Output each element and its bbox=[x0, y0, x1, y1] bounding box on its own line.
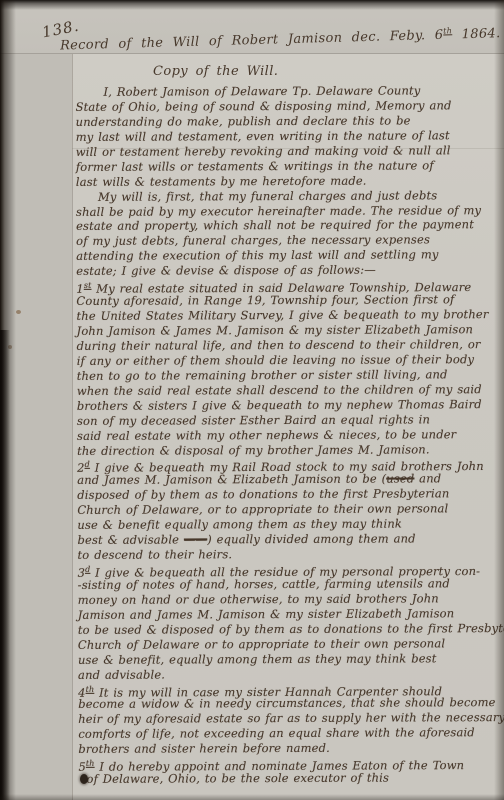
will-text-line: use & benefit, equally among them as the… bbox=[78, 651, 499, 668]
will-text-line: if any or either of them should die leav… bbox=[77, 352, 498, 369]
will-text-line: money on hand or due otherwise, to my sa… bbox=[78, 591, 499, 608]
copy-of-will-title: Copy of the Will. bbox=[153, 64, 278, 79]
will-text-line: John Jamison & James M. Jamison & my sis… bbox=[77, 322, 498, 339]
will-text-line: Church of Delaware, or to appropriate to… bbox=[77, 501, 498, 518]
will-text-line: Jamison and James M. Jamison & my sister… bbox=[78, 606, 499, 623]
will-text-line: during their natural life, and then to d… bbox=[77, 337, 498, 354]
will-text-line: attending the execution of this my last … bbox=[76, 247, 497, 264]
will-text-line: -sisting of notes of hand, horses, cattl… bbox=[78, 576, 499, 593]
will-text-line: estate and property, which shall not be … bbox=[76, 218, 497, 235]
will-text-line: 3d I give & bequeath all the residue of … bbox=[78, 561, 499, 578]
horizontal-crease bbox=[0, 53, 504, 54]
will-text-line: of Delaware, Ohio, to be the sole execut… bbox=[78, 770, 499, 787]
will-text-line: former last wills or testaments & writin… bbox=[76, 158, 497, 175]
document-page: 138. Record of the Will of Robert Jamiso… bbox=[0, 0, 504, 800]
will-text-line: Church of Delaware or to appropriate to … bbox=[78, 636, 499, 653]
will-text-line: my last will and testament, even writing… bbox=[76, 128, 497, 145]
ink-blot bbox=[80, 774, 88, 784]
photo-edge-bottom bbox=[0, 794, 504, 800]
will-text-line: State of Ohio, being of sound & disposin… bbox=[76, 98, 497, 115]
binding-shadow bbox=[0, 330, 10, 800]
will-text-line: My will is, first, that my funeral charg… bbox=[76, 188, 497, 205]
will-text-line: when the said real estate shall descend … bbox=[77, 382, 498, 399]
paper-speck bbox=[16, 310, 21, 314]
photo-edge-top bbox=[0, 0, 504, 10]
will-text-line: 5th I do hereby appoint and nominate Jam… bbox=[78, 755, 499, 772]
will-text-line: brothers & sisters I give & bequeath to … bbox=[77, 397, 498, 414]
paper-speck bbox=[338, 196, 341, 199]
will-text-line: then to go to the remaining brother or s… bbox=[77, 367, 498, 384]
photo-edge-right bbox=[494, 0, 504, 800]
will-text-line: comforts of life, not exceeding an equal… bbox=[78, 725, 499, 742]
will-text-line: will or testament hereby revoking and ma… bbox=[76, 143, 497, 160]
will-text-line: said real estate with my other nephews &… bbox=[77, 427, 498, 444]
will-body: I, Robert Jamison of Delaware Tp. Delawa… bbox=[75, 83, 499, 787]
will-text-line: to be used & disposed of by them as to d… bbox=[78, 621, 499, 638]
